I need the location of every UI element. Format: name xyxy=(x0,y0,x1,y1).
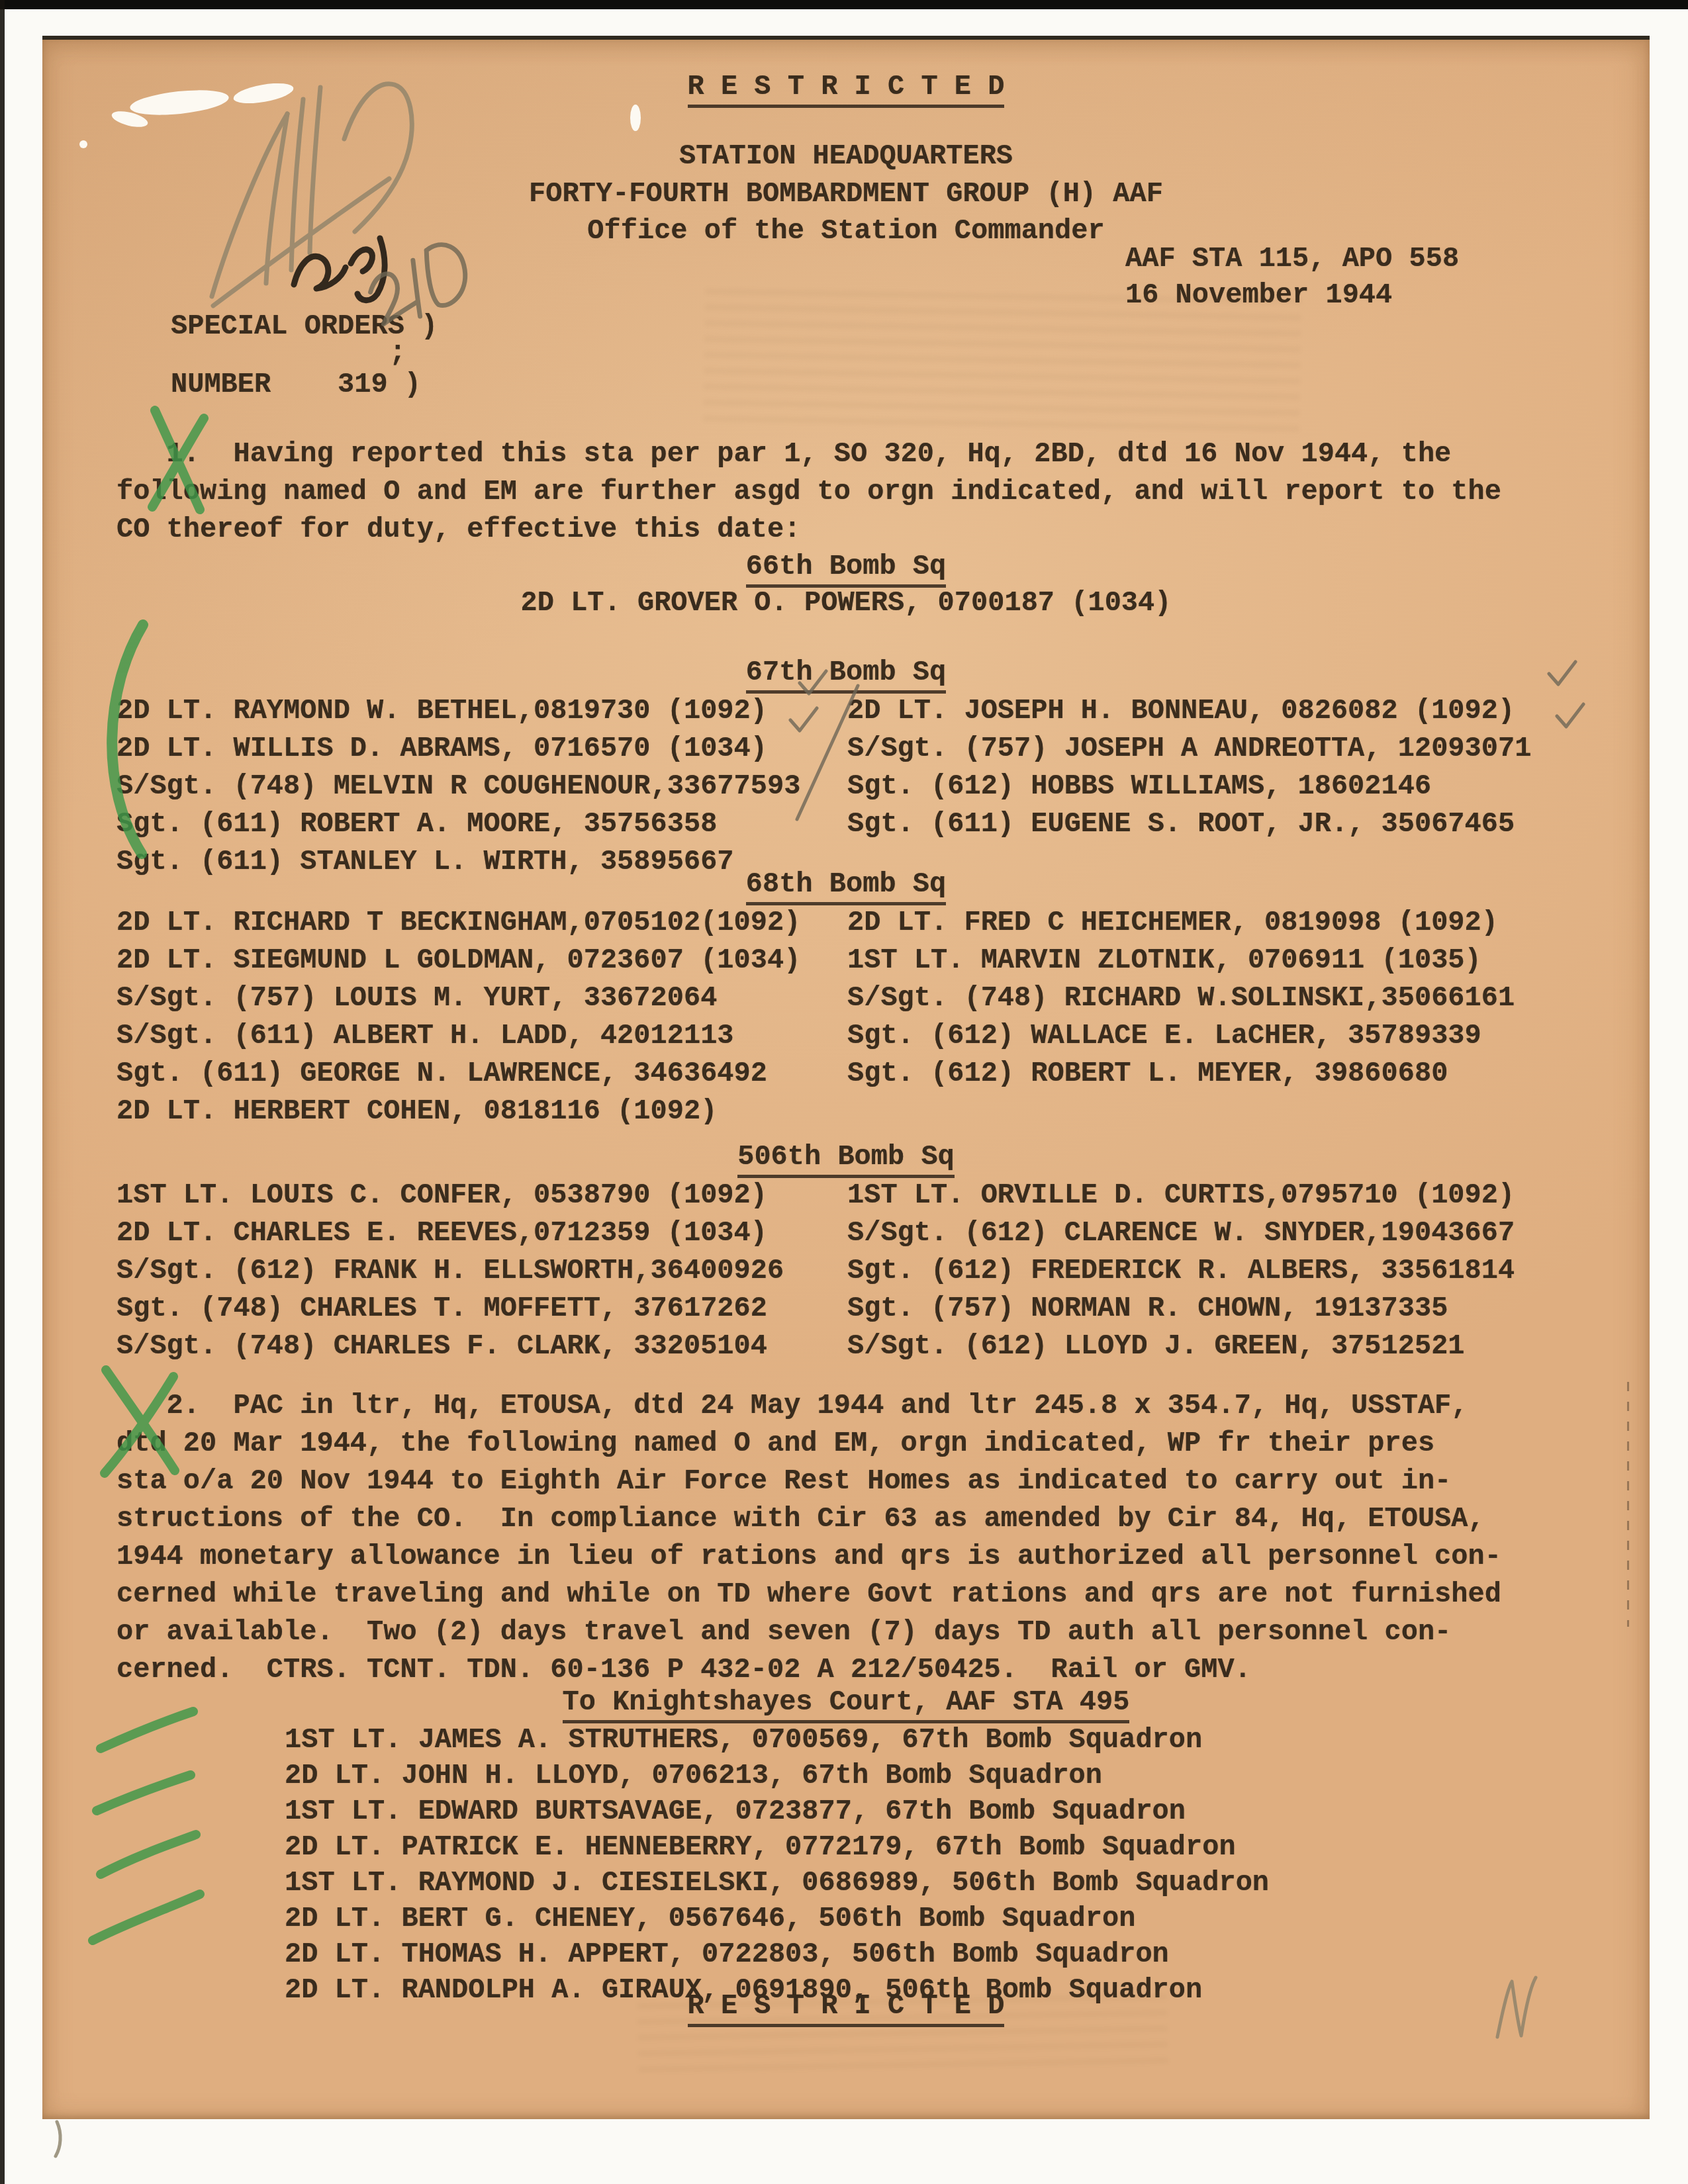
paragraph-2-line: structions of the CO. In compliance with… xyxy=(117,1500,1501,1538)
personnel-entry-left: 2D LT. RICHARD T BECKINGHAM,0705102(1092… xyxy=(117,904,800,942)
personnel-entry-left: 2D LT. WILLIS D. ABRAMS, 0716570 (1034) xyxy=(117,730,767,768)
paragraph-1-line: 1. Having reported this sta per par 1, S… xyxy=(117,435,1501,473)
personnel-row: 2D LT. WILLIS D. ABRAMS, 0716570 (1034)S… xyxy=(42,730,1650,768)
paragraph-1-line: following named O and EM are further asg… xyxy=(117,473,1501,511)
personnel-entry-left: 2D LT. RAYMOND W. BETHEL,0819730 (1092) xyxy=(117,692,767,730)
bomb-squadron-section: 506th Bomb Sq1ST LT. LOUIS C. CONFER, 05… xyxy=(42,1140,1650,1365)
personnel-row: Sgt. (611) ROBERT A. MOORE, 35756358Sgt.… xyxy=(42,805,1650,843)
paragraph-1-line: CO thereof for duty, effective this date… xyxy=(117,511,1501,549)
rest-home-entry: 1ST LT. EDWARD BURTSAVAGE, 0723877, 67th… xyxy=(285,1794,1269,1829)
rest-home-heading: To Knightshayes Court, AAF STA 495 xyxy=(42,1686,1650,1719)
personnel-entry-right: Sgt. (612) HOBBS WILLIAMS, 18602146 xyxy=(847,768,1431,805)
personnel-row: Sgt. (748) CHARLES T. MOFFETT, 37617262S… xyxy=(42,1290,1650,1328)
personnel-entry-left: S/Sgt. (757) LOUIS M. YURT, 33672064 xyxy=(117,979,717,1017)
personnel-row: S/Sgt. (611) ALBERT H. LADD, 42012113Sgt… xyxy=(42,1017,1650,1055)
classification-footer: R E S T R I C T E D xyxy=(42,1989,1650,2023)
paragraph-2-line: 2. PAC in ltr, Hq, ETOUSA, dtd 24 May 19… xyxy=(117,1387,1501,1425)
torn-paper-spot xyxy=(630,105,641,131)
bomb-squadron-section: 66th Bomb Sq2D LT. GROVER O. POWERS, 070… xyxy=(42,550,1650,624)
personnel-entry-left: S/Sgt. (611) ALBERT H. LADD, 42012113 xyxy=(117,1017,734,1055)
paragraph-2-line: dtd 20 Mar 1944, the following named O a… xyxy=(117,1425,1501,1463)
personnel-entry-right: S/Sgt. (612) LLOYD J. GREEN, 37512521 xyxy=(847,1328,1465,1365)
personnel-entry-right: Sgt. (757) NORMAN R. CHOWN, 19137335 xyxy=(847,1290,1448,1328)
paragraph-2-line: or available. Two (2) days travel and se… xyxy=(117,1614,1501,1651)
scanner-edge-top xyxy=(0,0,1688,9)
org-line-2: FORTY-FOURTH BOMBARDMENT GROUP (H) AAF xyxy=(42,177,1650,210)
personnel-entry-left: 1ST LT. LOUIS C. CONFER, 0538790 (1092) xyxy=(117,1177,767,1214)
paragraph-1: 1. Having reported this sta per par 1, S… xyxy=(117,435,1501,549)
personnel-row: 2D LT. CHARLES E. REEVES,0712359 (1034)S… xyxy=(42,1214,1650,1252)
personnel-entry-right: Sgt. (612) WALLACE E. LaCHER, 35789339 xyxy=(847,1017,1481,1055)
rest-home-heading-text: To Knightshayes Court, AAF STA 495 xyxy=(563,1686,1130,1723)
personnel-row: 1ST LT. LOUIS C. CONFER, 0538790 (1092)1… xyxy=(42,1177,1650,1214)
section-heading: 506th Bomb Sq xyxy=(737,1141,955,1178)
personnel-row: S/Sgt. (748) CHARLES F. CLARK, 33205104S… xyxy=(42,1328,1650,1365)
org-line-1: STATION HEADQUARTERS xyxy=(42,140,1650,173)
personnel-entry-right: Sgt. (612) FREDERICK R. ALBERS, 33561814 xyxy=(847,1252,1515,1290)
personnel-entry-left: Sgt. (611) ROBERT A. MOORE, 35756358 xyxy=(117,805,717,843)
personnel-row: 2D LT. HERBERT COHEN, 0818116 (1092) xyxy=(42,1093,1650,1130)
classification-footer-text: R E S T R I C T E D xyxy=(688,1990,1005,2027)
personnel-entry-right: S/Sgt. (757) JOSEPH A ANDREOTTA, 1209307… xyxy=(847,730,1531,768)
rest-home-entry: 1ST LT. JAMES A. STRUTHERS, 0700569, 67t… xyxy=(285,1722,1269,1758)
personnel-row: Sgt. (611) GEORGE N. LAWRENCE, 34636492S… xyxy=(42,1055,1650,1093)
personnel-entry-left: S/Sgt. (612) FRANK H. ELLSWORTH,36400926 xyxy=(117,1252,784,1290)
date-line: 16 November 1944 xyxy=(1125,279,1392,312)
rest-home-entry: 2D LT. BERT G. CHENEY, 0567646, 506th Bo… xyxy=(285,1901,1269,1936)
paragraph-2-line: cerned while traveling and while on TD w… xyxy=(117,1576,1501,1614)
personnel-entry-right: Sgt. (612) ROBERT L. MEYER, 39860680 xyxy=(847,1055,1448,1093)
paragraph-2-line: cerned. CTRS. TCNT. TDN. 60-136 P 432-02… xyxy=(117,1651,1501,1689)
personnel-row: 2D LT. RAYMOND W. BETHEL,0819730 (1092)2… xyxy=(42,692,1650,730)
personnel-entry-right: S/Sgt. (748) RICHARD W.SOLINSKI,35066161 xyxy=(847,979,1515,1017)
rest-home-entry: 2D LT. PATRICK E. HENNEBERRY, 0772179, 6… xyxy=(285,1829,1269,1865)
station-line: AAF STA 115, APO 558 xyxy=(1125,242,1459,275)
org-line-2-text: FORTY-FOURTH BOMBARDMENT GROUP (H) AAF xyxy=(529,178,1163,210)
bomb-squadron-section: 67th Bomb Sq2D LT. RAYMOND W. BETHEL,081… xyxy=(42,656,1650,881)
personnel-entry-right: Sgt. (611) EUGENE S. ROOT, JR., 35067465 xyxy=(847,805,1515,843)
orders-separator: ; xyxy=(389,336,406,369)
pencil-squiggle-bottom-left xyxy=(56,2122,60,2156)
rest-home-entry: 1ST LT. RAYMOND J. CIESIELSKI, 0686989, … xyxy=(285,1865,1269,1901)
org-line-1-text: STATION HEADQUARTERS xyxy=(679,140,1013,172)
personnel-entry-right: 2D LT. FRED C HEICHEMER, 0819098 (1092) xyxy=(847,904,1498,942)
personnel-entry-left: 2D LT. HERBERT COHEN, 0818116 (1092) xyxy=(117,1093,717,1130)
officer-entry-centered: 2D LT. GROVER O. POWERS, 0700187 (1034) xyxy=(521,587,1172,619)
personnel-row: S/Sgt. (612) FRANK H. ELLSWORTH,36400926… xyxy=(42,1252,1650,1290)
orders-number-line: NUMBER 319 ) xyxy=(171,368,421,401)
rest-home-entry: 2D LT. JOHN H. LLOYD, 0706213, 67th Bomb… xyxy=(285,1758,1269,1794)
section-heading: 67th Bomb Sq xyxy=(746,657,946,694)
org-line-3-text: Office of the Station Commander xyxy=(587,215,1104,247)
section-heading: 68th Bomb Sq xyxy=(746,868,946,905)
personnel-entry-right: S/Sgt. (612) CLARENCE W. SNYDER,19043667 xyxy=(847,1214,1515,1252)
paragraph-2-line: sta o/a 20 Nov 1944 to Eighth Air Force … xyxy=(117,1463,1501,1500)
personnel-entry-left: Sgt. (611) GEORGE N. LAWRENCE, 34636492 xyxy=(117,1055,767,1093)
document-page: R E S T R I C T E D STATION HEADQUARTERS… xyxy=(42,36,1650,2119)
paragraph-2: 2. PAC in ltr, Hq, ETOUSA, dtd 24 May 19… xyxy=(117,1387,1501,1689)
personnel-row: S/Sgt. (757) LOUIS M. YURT, 33672064S/Sg… xyxy=(42,979,1650,1017)
section-heading: 66th Bomb Sq xyxy=(746,551,946,588)
personnel-entry-left: 2D LT. CHARLES E. REEVES,0712359 (1034) xyxy=(117,1214,767,1252)
rest-home-entries: 1ST LT. JAMES A. STRUTHERS, 0700569, 67t… xyxy=(285,1722,1269,2008)
scan-artifact-dashed-line xyxy=(1627,1382,1629,1627)
personnel-entry-right: 1ST LT. MARVIN ZLOTNIK, 0706911 (1035) xyxy=(847,942,1481,979)
torn-paper-spot xyxy=(79,140,87,148)
personnel-row: 2D LT. SIEGMUND L GOLDMAN, 0723607 (1034… xyxy=(42,942,1650,979)
personnel-entry-right: 2D LT. JOSEPH H. BONNEAU, 0826082 (1092) xyxy=(847,692,1515,730)
personnel-entry-left: 2D LT. SIEGMUND L GOLDMAN, 0723607 (1034… xyxy=(117,942,800,979)
personnel-entry-left: Sgt. (748) CHARLES T. MOFFETT, 37617262 xyxy=(117,1290,767,1328)
bomb-squadron-section: 68th Bomb Sq2D LT. RICHARD T BECKINGHAM,… xyxy=(42,868,1650,1130)
personnel-entry-right: 1ST LT. ORVILLE D. CURTIS,0795710 (1092) xyxy=(847,1177,1515,1214)
rest-home-entry: 2D LT. THOMAS H. APPERT, 0722803, 506th … xyxy=(285,1936,1269,1972)
personnel-entry-left: S/Sgt. (748) MELVIN R COUGHENOUR,3367759… xyxy=(117,768,800,805)
scanner-edge-left xyxy=(0,0,5,2184)
personnel-row: S/Sgt. (748) MELVIN R COUGHENOUR,3367759… xyxy=(42,768,1650,805)
paragraph-2-line: 1944 monetary allowance in lieu of ratio… xyxy=(117,1538,1501,1576)
personnel-entry-left: S/Sgt. (748) CHARLES F. CLARK, 33205104 xyxy=(117,1328,767,1365)
classification-header-text: R E S T R I C T E D xyxy=(688,71,1005,108)
personnel-row: 2D LT. RICHARD T BECKINGHAM,0705102(1092… xyxy=(42,904,1650,942)
